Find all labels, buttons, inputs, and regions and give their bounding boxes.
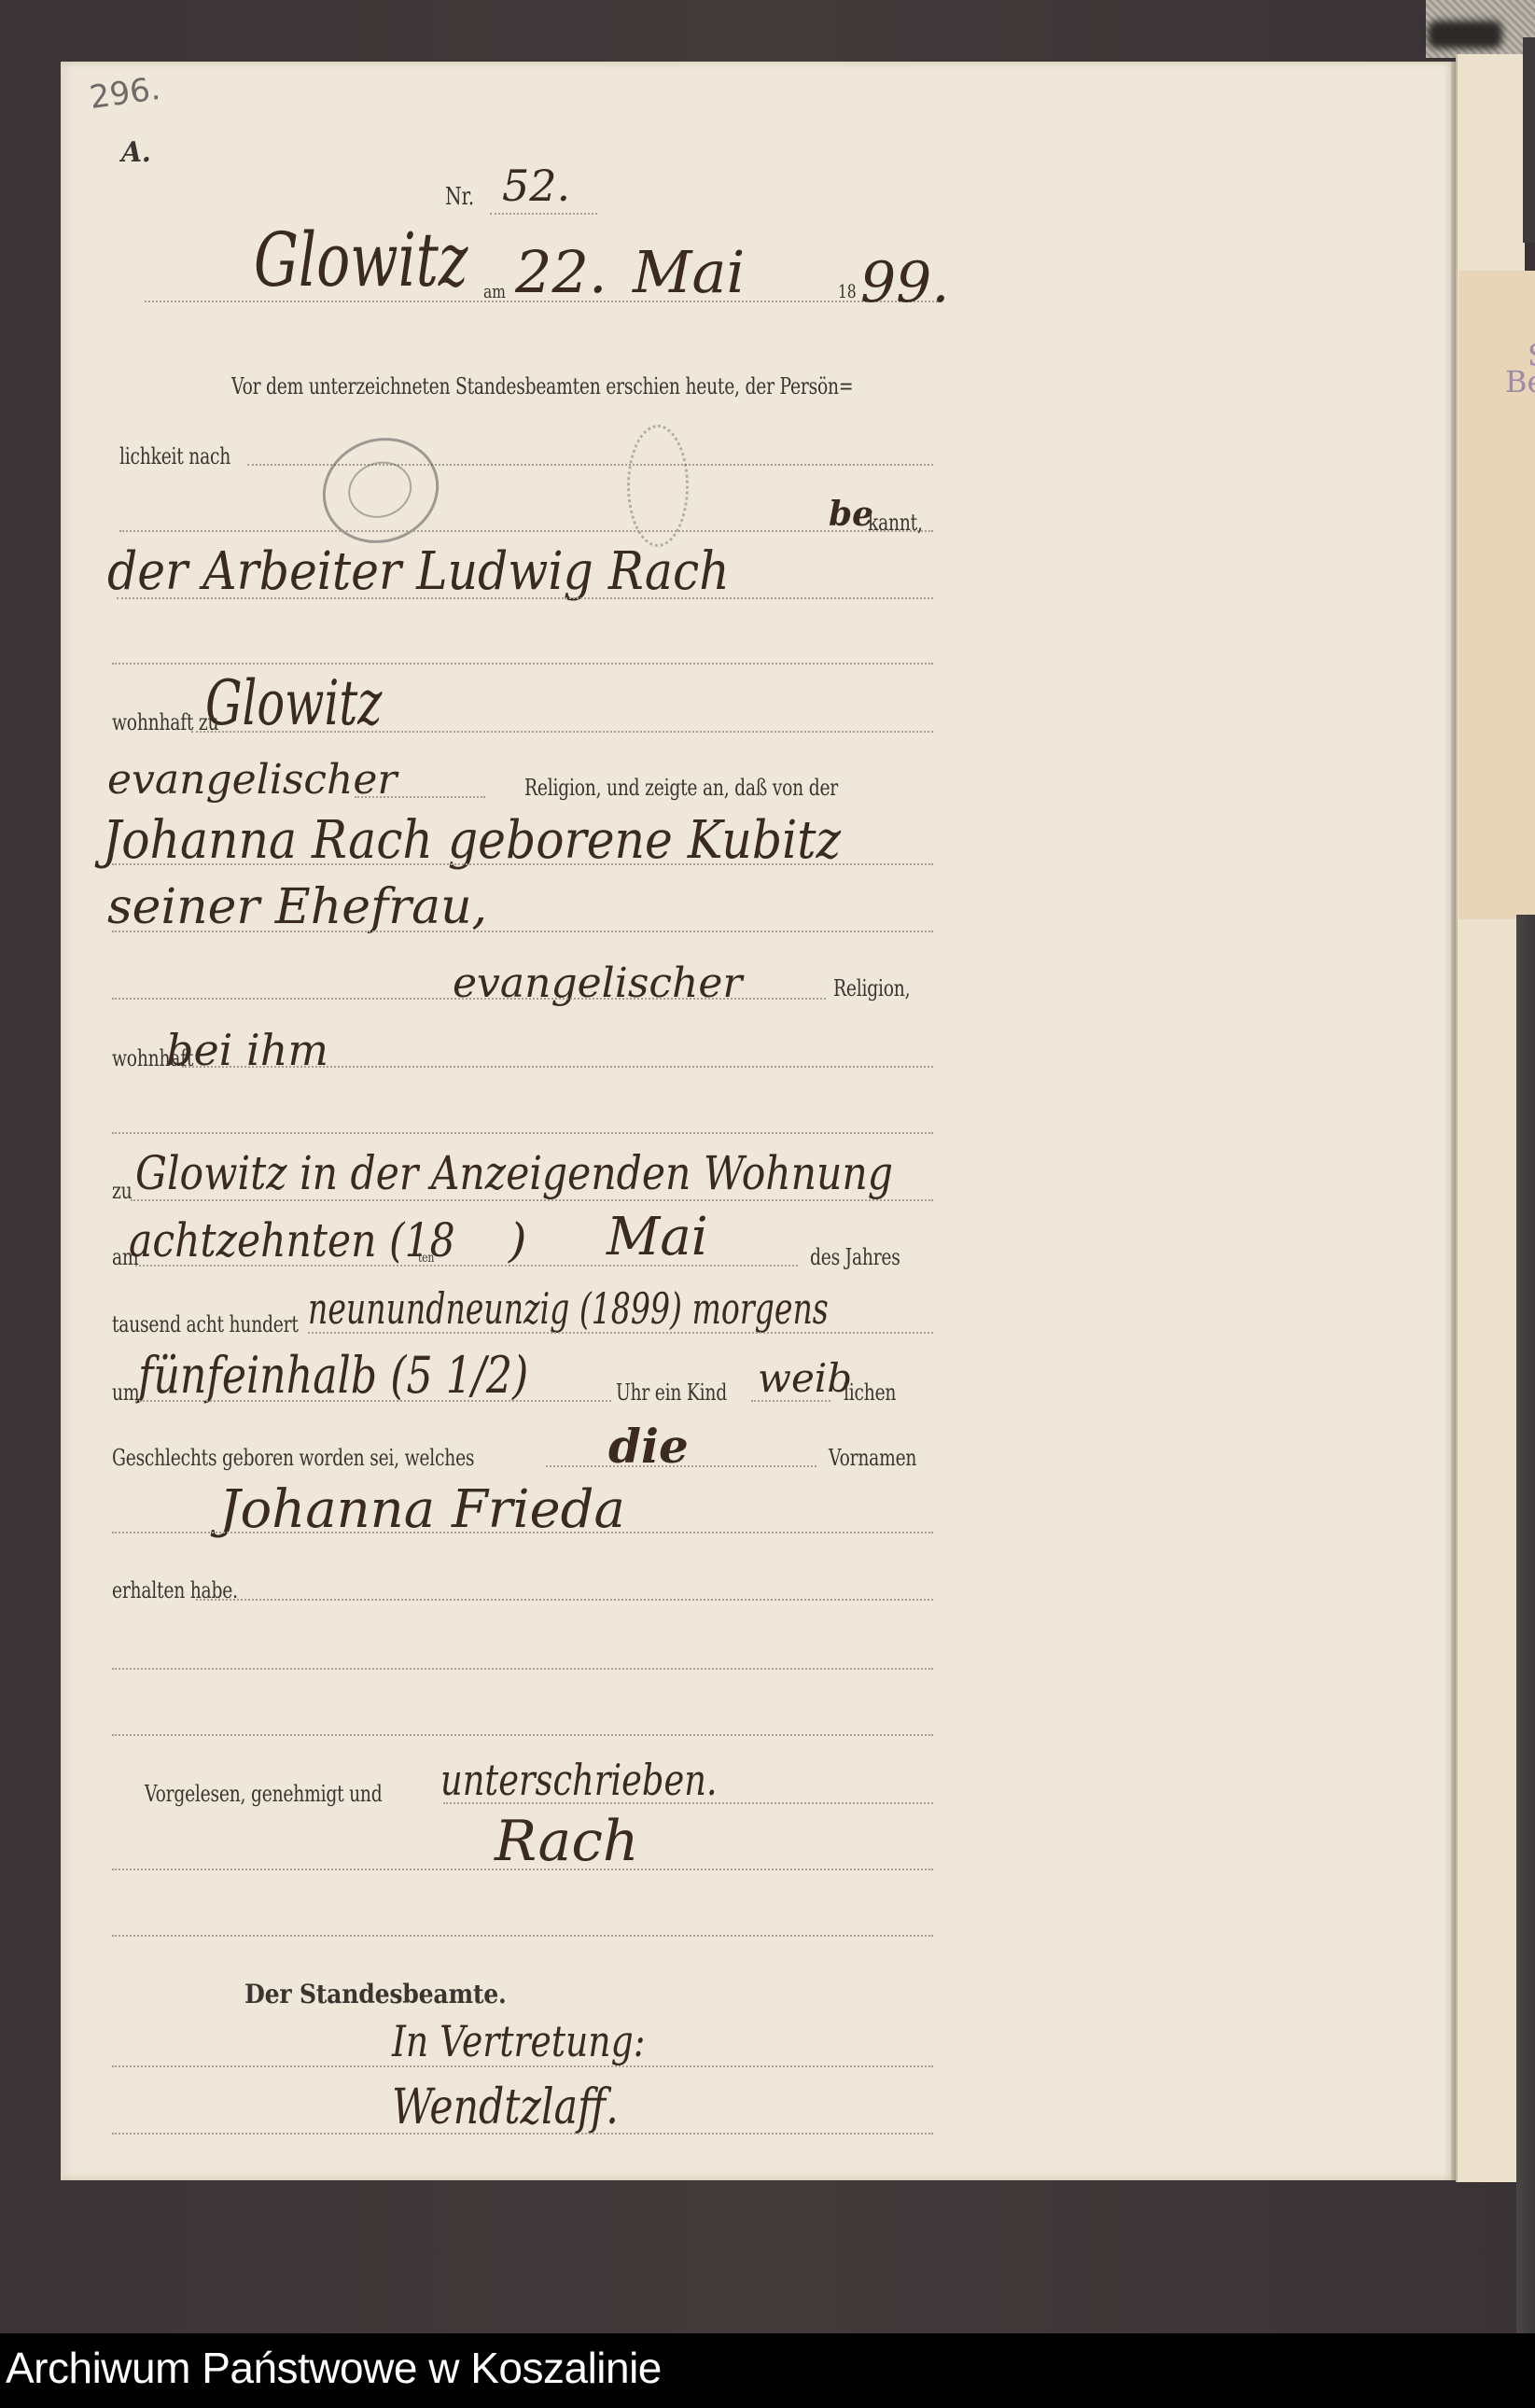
form-line (131, 1199, 933, 1201)
year-text-value: neunundneunzig (1899) morgens (308, 1283, 829, 1334)
birth-day-suffix: ten (418, 1251, 434, 1266)
birthplace-value: Glowitz in der Anzeigenden Wohnung (135, 1146, 893, 1200)
form-line (182, 1066, 933, 1068)
form-line (112, 863, 933, 865)
form-line (135, 1265, 798, 1267)
page-edge-shadow (1451, 62, 1456, 2180)
known-suffix: kannt, (868, 510, 923, 536)
frame-edge-lower (1516, 915, 1535, 2333)
form-line (112, 2133, 933, 2135)
form-line (112, 2065, 933, 2067)
form-line (308, 1332, 933, 1334)
intro-text-continued: lichkeit nach (119, 443, 230, 469)
year-suffix: 99. (860, 250, 949, 315)
form-line (112, 1935, 933, 1937)
inserted-slip: S Be (1458, 271, 1535, 919)
insert-text-line2: Be (1505, 364, 1535, 399)
informant-name: der Arbeiter Ludwig Rach (107, 541, 730, 602)
binding-shadow (1428, 21, 1502, 49)
religion-label: Religion, (833, 975, 910, 1001)
form-line (112, 1132, 933, 1134)
informant-signature: Rach (495, 1809, 639, 1874)
birthplace-label: zu (112, 1178, 132, 1204)
child-label: Uhr ein Kind (616, 1379, 727, 1406)
known-prefix: be (829, 495, 873, 534)
form-line (355, 796, 485, 798)
intro-text: Vor dem unterzeichneten Standesbeamten e… (231, 373, 853, 399)
registrar-title: Der Standesbeamte. (244, 1979, 507, 2009)
form-line (546, 1465, 816, 1467)
date-day: 22. (515, 238, 607, 306)
birth-month: Mai (607, 1207, 708, 1267)
year-label: des Jahres (810, 1244, 900, 1270)
year-text-label: tausend acht hundert (112, 1311, 299, 1337)
form-line (117, 597, 933, 599)
religion-statement: Religion, und zeigte an, daß von der (524, 775, 838, 801)
year-prefix: 18 (838, 280, 856, 302)
informant-religion: evangelischer (107, 756, 397, 804)
time-value: fünfeinhalb (5 1/2) (138, 1346, 528, 1405)
form-line (751, 1400, 830, 1402)
date-month: Mai (633, 238, 745, 306)
form-letter: A. (121, 136, 150, 169)
form-line (119, 530, 933, 532)
frame-edge (1523, 37, 1535, 243)
number-line (490, 213, 597, 215)
registrar-signature-line1: In Vertretung: (392, 2016, 645, 2066)
date-prefix: am (483, 280, 506, 302)
form-line (112, 998, 826, 1000)
child-sex-suffix: lichen (844, 1379, 896, 1406)
record-number: 52. (502, 161, 570, 211)
number-label: Nr. (445, 183, 474, 211)
residence-value: Glowitz (205, 667, 382, 739)
faint-stamp (627, 425, 689, 547)
gender-line: Geschlechts geboren worden sei, welches (112, 1445, 474, 1471)
form-line (112, 1734, 933, 1736)
form-line (196, 1599, 933, 1601)
form-line (112, 931, 933, 932)
mother-religion: evangelischer (453, 959, 742, 1007)
read-approved-value: unterschrieben. (440, 1755, 718, 1805)
birth-day-value: achtzehnten (18 (129, 1213, 455, 1267)
given-names-label: Vornamen (829, 1445, 916, 1471)
archive-stamp-inner (341, 453, 420, 526)
archive-name: Archiwum Państwowe w Koszalinie (6, 2343, 662, 2393)
form-line (112, 1668, 933, 1670)
birth-day-close: ) (509, 1213, 527, 1267)
child-sex-value: weib (758, 1355, 852, 1401)
form-line (135, 1400, 611, 1402)
form-line (443, 1802, 933, 1804)
place-value: Glowitz (254, 217, 468, 303)
read-approved-label: Vorgelesen, genehmigt und (145, 1781, 382, 1807)
mother-relation: seiner Ehefrau, (107, 879, 487, 935)
form-line (112, 1869, 933, 1870)
form-line (112, 1532, 933, 1533)
registrar-signature-line2: Wendtzlaff. (392, 2079, 619, 2135)
mother-name: Johanna Rach geborene Kubitz (103, 810, 841, 871)
form-line (112, 663, 933, 665)
